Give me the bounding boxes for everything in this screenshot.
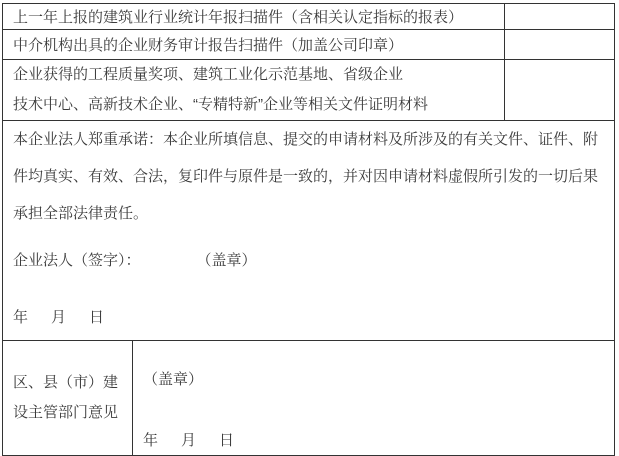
checklist-result-cell: [505, 4, 615, 30]
checklist-item-line-1: 企业获得的工程质量奖项、建筑工业化示范基地、省级企业: [13, 60, 494, 90]
legal-person-signature-label: 企业法人（签字）：: [13, 252, 141, 269]
checklist-item-line-2: 技术中心、高新技术企业、“专精特新”企业等相关文件证明材料: [13, 90, 494, 120]
approval-date-line: 年 月 日: [143, 432, 604, 450]
checklist-item-awards-certificates: 企业获得的工程质量奖项、建筑工业化示范基地、省级企业 技术中心、高新技术企业、“…: [3, 60, 505, 121]
declaration-row: 本企业法人郑重承诺：本企业所填信息、提交的申请材料及所涉及的有关文件、证件、附件…: [3, 121, 615, 341]
approval-row: 区、县（市）建设主管部门意见 （盖章） 年 月 日: [3, 341, 615, 456]
declaration-date-line: 年 月 日: [13, 299, 605, 336]
checklist-item-annual-report: 上一年上报的建筑业行业统计年报扫描件（含相关认定指标的报表）: [3, 4, 505, 30]
declaration-text: 本企业法人郑重承诺：本企业所填信息、提交的申请材料及所涉及的有关文件、证件、附件…: [13, 121, 605, 232]
checklist-result-cell: [505, 30, 615, 60]
checklist-row: 上一年上报的建筑业行业统计年报扫描件（含相关认定指标的报表）: [3, 4, 615, 30]
company-seal-label: （盖章）: [197, 252, 257, 269]
checklist-row: 企业获得的工程质量奖项、建筑工业化示范基地、省级企业 技术中心、高新技术企业、“…: [3, 60, 615, 121]
signature-row: 企业法人（签字）：（盖章）: [13, 242, 605, 279]
department-opinion-label: 区、县（市）建设主管部门意见: [13, 368, 124, 428]
department-opinion-label-cell: 区、县（市）建设主管部门意见: [3, 341, 133, 456]
department-opinion-content-cell: （盖章） 年 月 日: [133, 341, 615, 456]
checklist-item-audit-report: 中介机构出具的企业财务审计报告扫描件（加盖公司印章）: [3, 30, 505, 60]
declaration-cell: 本企业法人郑重承诺：本企业所填信息、提交的申请材料及所涉及的有关文件、证件、附件…: [3, 121, 615, 341]
approval-seal-label: （盖章）: [143, 371, 604, 389]
application-form-table: 上一年上报的建筑业行业统计年报扫描件（含相关认定指标的报表） 中介机构出具的企业…: [2, 3, 615, 456]
checklist-result-cell: [505, 60, 615, 121]
checklist-row: 中介机构出具的企业财务审计报告扫描件（加盖公司印章）: [3, 30, 615, 60]
document-page: 上一年上报的建筑业行业统计年报扫描件（含相关认定指标的报表） 中介机构出具的企业…: [0, 0, 619, 456]
